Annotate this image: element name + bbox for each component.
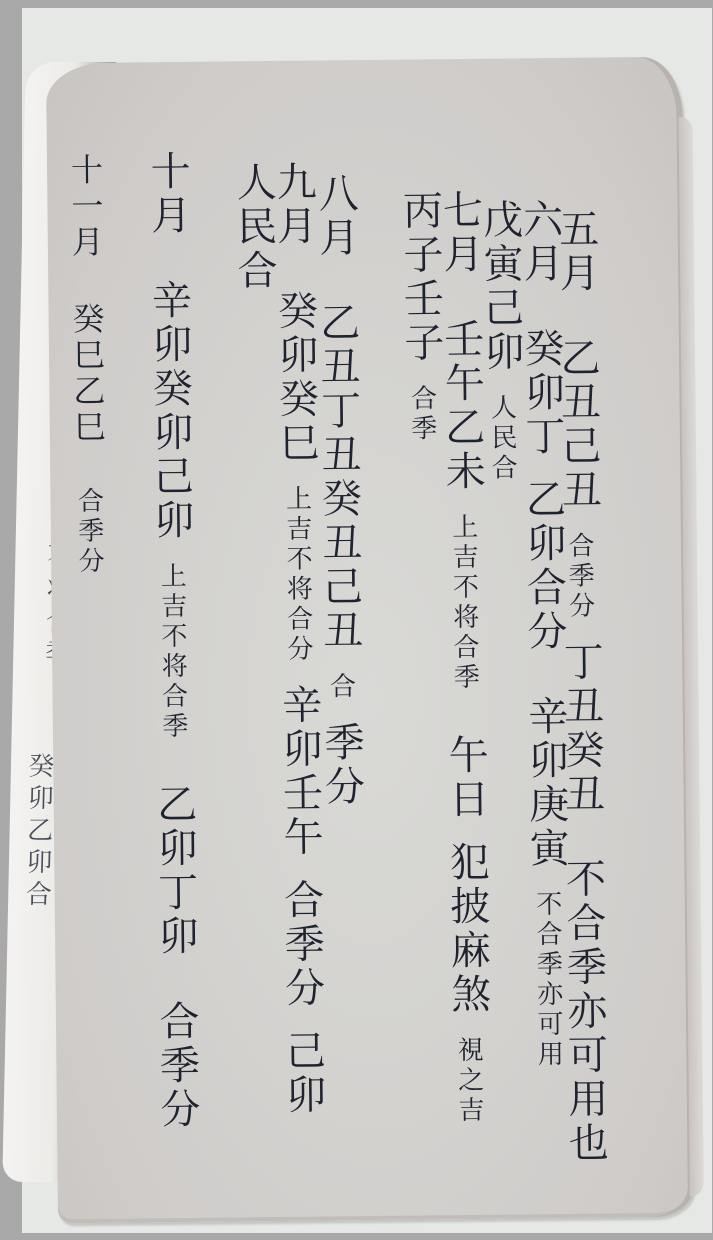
column-month-10: 十月 辛卯癸卯己卯 上吉不将合季 乙卯丁卯 合季分 (147, 150, 197, 1132)
month-label: 六月 (519, 198, 560, 286)
column-month-6: 六月 癸卯丁 乙卯合分 辛卯庚寅 不合季亦可用 戊寅己卯 人民合 (479, 198, 570, 1219)
entry-note: 視之吉 (455, 1036, 482, 1126)
entry-text: 辛卯壬午 (278, 684, 320, 860)
column-month-11: 十一月 癸巳乙巳 合季分 (69, 153, 105, 577)
entry-note: 合季分 (75, 487, 102, 577)
month-label: 十月 (147, 150, 188, 238)
entry-note: 上吉不将合分 (283, 485, 311, 665)
month-label: 七月 (439, 189, 480, 277)
entry-text: 癸卯丁 (521, 327, 562, 459)
entry-note: 合 (327, 672, 353, 702)
manuscript-page: 五月 乙丑己丑 合季分 丁丑癸丑 不合季亦可用也 六月 癸卯丁 乙卯合分 辛卯庚… (46, 57, 694, 1224)
entry-text: 人民合 (233, 161, 274, 293)
entry-note: 合季 (408, 384, 435, 444)
month-label: 九月 (273, 161, 314, 249)
entry-text: 辛卯庚寅 (525, 695, 567, 871)
entry-text: 戊寅己卯 (479, 198, 521, 374)
entry-text: 合季分 (280, 879, 321, 1011)
column-month-9: 九月 癸卯癸巳 上吉不将合分 辛卯壬午 合季分 己卯 人民合 (233, 161, 324, 1222)
entry-text: 午日 (445, 734, 486, 822)
entry-text: 癸巳乙巳 (70, 302, 104, 446)
entry-note: 不合季亦可用 (534, 890, 562, 1070)
entry-note: 上吉不将合季 (158, 562, 186, 742)
entry-text: 辛卯癸卯己卯 (148, 279, 191, 543)
entry-note: 合季分 (566, 532, 593, 622)
entry-text: 犯披麻煞 (446, 841, 488, 1017)
left-page-column-2: 癸卯乙卯合 (18, 752, 58, 912)
month-label: 八月 (315, 172, 356, 260)
entry-text: 合季分 (156, 1000, 197, 1132)
month-label: 十一月 (69, 153, 102, 261)
entry-text: 乙卯丁卯 (153, 783, 195, 959)
entry-note: 上吉不将合季 (450, 513, 478, 693)
entry-text: 季分 (321, 721, 362, 809)
entry-note: 人民合 (488, 393, 515, 483)
entry-text: 乙卯合分 (522, 478, 564, 654)
entry-text: 己卯 (282, 1030, 323, 1118)
entry-text: 乙丑丁丑癸丑己丑 (316, 301, 360, 653)
column-month-7: 七月 壬午乙未 上吉不将合季 午日 犯披麻煞 視之吉 丙子壬子 合季 (399, 189, 490, 1220)
entry-text: 癸卯癸巳 (274, 290, 316, 466)
entry-text: 丙子壬子 (399, 189, 441, 365)
column-month-8: 八月 乙丑丁丑癸丑己丑 合 季分 (315, 172, 362, 809)
entry-text: 壬午乙未 (441, 318, 483, 494)
